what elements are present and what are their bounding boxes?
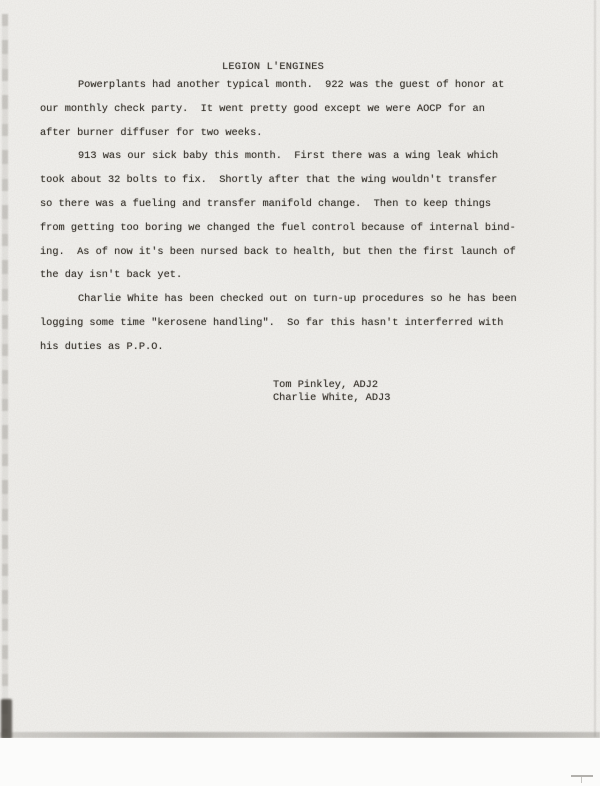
text-line: ing. As of now it's been nursed back to …: [40, 241, 570, 265]
text-line: so there was a fueling and transfer mani…: [40, 193, 570, 217]
text-line: Powerplants had another typical month. 9…: [40, 74, 570, 98]
text-line: 913 was our sick baby this month. First …: [40, 145, 570, 169]
signature-block: Tom Pinkley, ADJ2 Charlie White, ADJ3: [273, 379, 390, 405]
left-scan-streak: [2, 14, 8, 736]
text-line: after burner diffuser for two weeks.: [40, 122, 570, 146]
signature-line: Charlie White, ADJ3: [273, 392, 390, 405]
text-line: his duties as P.P.O.: [40, 336, 570, 360]
text-line: took about 32 bolts to fix. Shortly afte…: [40, 169, 570, 193]
text-line: the day isn't back yet.: [40, 264, 570, 288]
text-line: our monthly check party. It went pretty …: [40, 98, 570, 122]
document-title: LEGION L'ENGINES: [222, 61, 324, 73]
bottom-right-tick: [581, 777, 582, 783]
signature-line: Tom Pinkley, ADJ2: [273, 379, 390, 392]
scanner-background-strip: [0, 738, 600, 786]
scanned-page: LEGION L'ENGINES Powerplants had another…: [0, 0, 600, 786]
right-scan-edge: [594, 0, 596, 737]
text-line: from getting too boring we changed the f…: [40, 217, 570, 241]
bottom-right-mark: [571, 775, 593, 777]
text-line: Charlie White has been checked out on tu…: [40, 288, 570, 312]
text-line: logging some time "kerosene handling". S…: [40, 312, 570, 336]
body-text: Powerplants had another typical month. 9…: [40, 74, 570, 360]
